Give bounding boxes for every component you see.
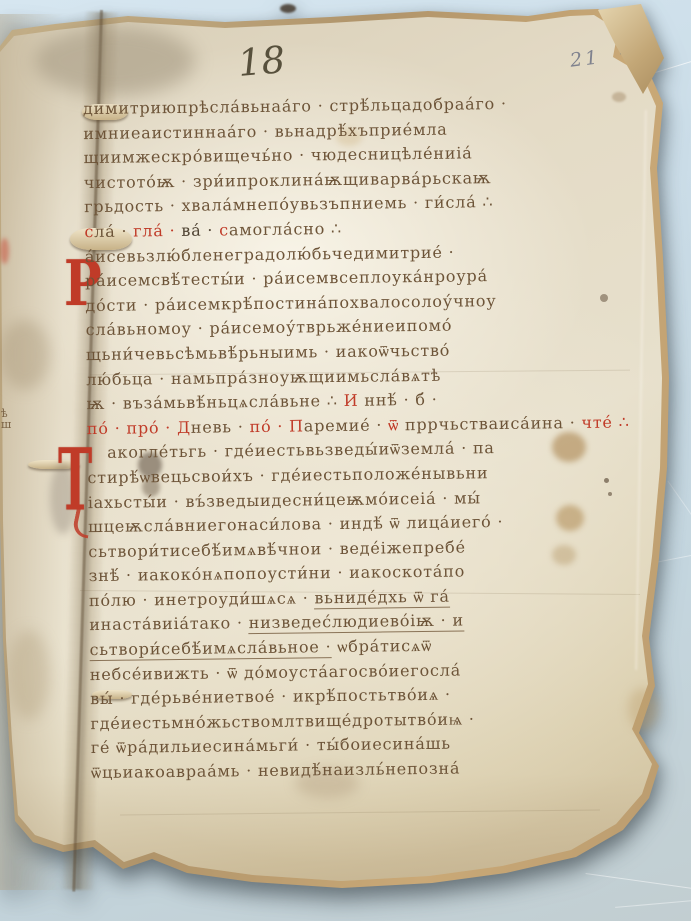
text-segment: сьтвори́тисебѣ́имѧвѣ́чнои · веде́іжепреб…	[88, 537, 466, 561]
text-segment: знѣ́ · иакоко́нѧпопоусти́ни · иакоскота́…	[89, 562, 466, 586]
text-segment: где́иестьмно́жьствомлтвище́дротытво́иѩ ·	[90, 709, 474, 733]
stain	[35, 26, 195, 96]
text-segment: сьтвори́себѣ́имѧсла́вьное ·	[89, 637, 331, 661]
text-segment: И	[344, 391, 365, 410]
stain	[8, 630, 50, 720]
stain	[608, 492, 612, 496]
text-segment: по́ · П	[249, 416, 304, 436]
text-segment: ѡбра́тисѧѿ	[331, 636, 432, 656]
margin-note: ѣш	[1, 408, 19, 430]
text-segment: сла́вьномоу · ра́исемоу́тврьже́ниеипомо́	[86, 316, 453, 339]
text-segment: шцеѭсла́вниегонаси́лова · индѣ́ ѿ лица́и…	[88, 512, 503, 536]
text-segment: до́сти · ра́исемкрѣ́постина́похвалосолоу…	[85, 291, 496, 315]
text-segment: с	[84, 222, 94, 241]
stain	[628, 688, 658, 730]
stain	[280, 4, 296, 13]
text-segment: лю́бьца · намьпра́зноуѭщиимьсла́вѧтѣ	[86, 365, 441, 388]
text-segment: ва́ ·	[181, 220, 219, 239]
manuscript-page: 18 21 Р Т ѣш димитриюпрѣсла́вьнаа́го · с…	[0, 0, 691, 921]
text-segment: ннѣ́ · б́ ·	[364, 390, 437, 410]
text-segment: ра́исемсвѣ́тесты́и · ра́исемвсеплоука́нр…	[85, 266, 488, 290]
text-segment: имниеаистиннаа́го · вьнадрѣ́хъприе́мла	[83, 119, 448, 142]
stain	[604, 478, 609, 483]
text-segment: вы́ · где́рьве́ниетвое́ · икрѣ́постьтво́…	[90, 685, 451, 708]
text-segment: димитриюпрѣсла́вьнаа́го · стрѣ́льцадобра…	[83, 94, 507, 118]
text-segment: а́исевьзлю́бленеградолю́бьчедимитрие́ ·	[85, 242, 455, 266]
text-segment: ге́ ѿра́дильиесина́мьги́ · ты́боиесина́ш…	[91, 734, 451, 757]
text-segment: амогла́сно ∴	[229, 219, 342, 239]
text-segment: невь ·	[191, 417, 250, 437]
text-segment: іахьсты́и · въ́зведыидесни́цеѭмо́исеіа́ …	[88, 488, 481, 512]
text-segment: ѿцьиакоавраа́мь · невидѣ́наизль́непозна́	[91, 759, 460, 783]
text-segment: аремие́ ·	[304, 415, 389, 435]
stain	[600, 294, 608, 302]
text-segment: чте́ ∴	[581, 412, 629, 432]
text-segment: по́лю · инетроуди́шѧсѧ ·	[89, 588, 315, 610]
red-pigment-smudge	[0, 238, 9, 264]
text-segment: акогле́тьгь · где́иестьвьзведы́иѿземла́ …	[107, 438, 495, 462]
text-segment: ѭ · въза́мьвѣ́ньцѧсла́вьне ∴	[86, 391, 343, 413]
text-segment: чистото́ѭ · зри́ипроклина́ѭщиварва́рьска…	[84, 168, 492, 192]
stain	[612, 92, 626, 102]
folio-number-ink: 18	[236, 38, 287, 85]
text-segment: вьниде́дхь ѿ га́	[314, 587, 450, 610]
text-segment: щьни́чевьсѣмьвѣ́рьныимь · иакоѿчьство́	[86, 341, 450, 364]
text-segment: гла́ ·	[133, 221, 181, 241]
text-segment: инаста́виіа́тако ·	[89, 614, 249, 635]
text-segment: пррчьстваиса́ина ·	[405, 413, 582, 434]
text-segment: щиимжескро́вищечь́но · чюдесницѣле́ниіа́	[83, 144, 472, 168]
text-segment: небсе́ивижть · ѿ до́моуста́агосво́иегосл…	[90, 660, 461, 684]
text-block: димитриюпрѣсла́вьнаа́го · стрѣ́льцадобра…	[83, 91, 596, 786]
text-segment: стирѣ́ѡвецьсвои́хъ · где́иестьположе́ныв…	[87, 463, 488, 487]
manuscript-photo: 18 21 Р Т ѣш димитриюпрѣсла́вьнаа́го · с…	[0, 0, 691, 921]
text-segment: грьдость · хвала́мнепо́увьзъпниемь · ги́…	[84, 192, 493, 216]
stain	[0, 320, 50, 390]
text-segment: ѿ	[388, 415, 405, 434]
text-segment: ла́ ·	[94, 221, 133, 240]
text-segment: низведес́людиево́іѭ · и	[249, 611, 464, 635]
text-segment: по́ · про́ · Д	[87, 418, 191, 438]
folio-number-pencil: 21	[569, 46, 602, 72]
